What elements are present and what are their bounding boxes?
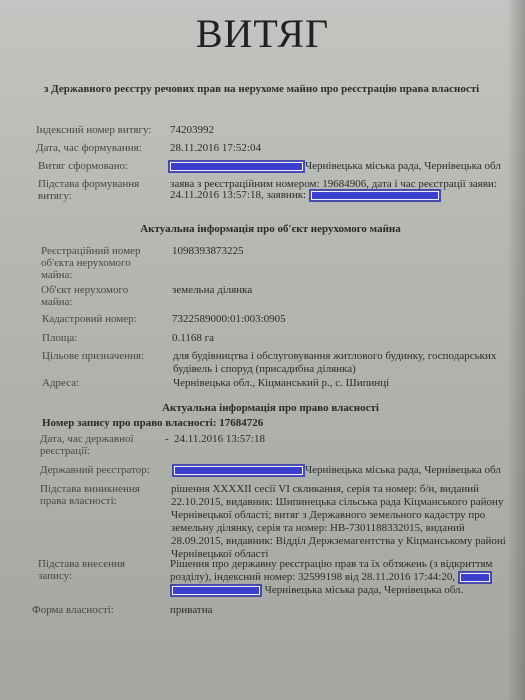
document-subtitle: з Державного реєстру речових прав на нер…	[44, 83, 479, 95]
purpose-value: для будівництва і обслуговування житлово…	[173, 350, 518, 376]
purpose-label: Цільове призначення:	[42, 350, 144, 362]
index-label: Індексний номер витягу:	[36, 124, 151, 136]
formed-value-suffix: Чернівецька міська рада, Чернівецька обл	[305, 160, 501, 172]
basis-ownership-value: рішення XXXXII сесії VI скликання, серія…	[171, 483, 506, 561]
object-label: Об'єкт нерухомого майна:	[41, 284, 136, 308]
index-value: 74203992	[170, 124, 214, 136]
reg-number-label: Реєстраційний номер об'єкта нерухомого м…	[41, 245, 146, 281]
date-value: 28.11.2016 17:52:04	[170, 142, 261, 154]
cadastral-label: Кадастровий номер:	[42, 313, 137, 325]
entry-basis-label: Підстава внесення запису:	[38, 558, 138, 582]
ownership-form-value: приватна	[170, 604, 213, 616]
registrar-value: Чернівецька міська рада, Чернівецька обл	[172, 464, 501, 477]
cadastral-value: 7322589000:01:003:0905	[172, 313, 286, 325]
redaction-box	[168, 160, 305, 173]
document-page: ВИТЯГ з Державного реєстру речових прав …	[0, 0, 525, 700]
object-section-heading: Актуальна інформація про об'єкт нерухомо…	[8, 223, 525, 235]
entry-basis-line2: розділу), індексний номер: 32599198 від …	[170, 571, 492, 584]
reg-date-value: 24.11.2016 13:57:18	[174, 433, 265, 445]
ownership-section-heading: Актуальна інформація про право власності	[8, 402, 525, 414]
reg-date-dash: -	[165, 433, 169, 445]
redaction-box	[172, 464, 305, 477]
record-number: Номер запису про право власності: 176847…	[42, 417, 263, 429]
ownership-form-label: Форма власності:	[32, 604, 114, 616]
redaction-box	[458, 571, 492, 584]
object-value: земельна ділянка	[172, 284, 252, 296]
formed-label: Витяг сформовано:	[38, 160, 128, 172]
document-title: ВИТЯГ	[0, 10, 525, 57]
entry-basis-line2-text: розділу), індексний номер: 32599198 від …	[170, 571, 455, 583]
basis-value-line2: 24.11.2016 13:57:18, заявник:	[170, 189, 441, 202]
reg-date-label: Дата, час державної реєстрації:	[40, 433, 140, 457]
basis-label: Підстава формування витягу:	[38, 178, 158, 202]
entry-basis-line3-suffix: Чернівецька міська рада, Чернівецька обл…	[265, 584, 464, 596]
address-label: Адреса:	[42, 377, 79, 389]
registrar-label: Державний реєстратор:	[40, 464, 150, 476]
area-value: 0.1168 га	[172, 332, 214, 344]
entry-basis-line3: Чернівецька міська рада, Чернівецька обл…	[170, 584, 463, 597]
basis-ownership-label: Підстава виникнення права власності:	[40, 483, 150, 507]
redaction-box	[309, 189, 441, 202]
entry-basis-line1: Рішення про державну реєстрацію прав та …	[170, 558, 493, 570]
address-value: Чернівецька обл., Кіцманський р., с. Шип…	[173, 377, 389, 389]
redaction-box	[170, 584, 262, 597]
reg-number-value: 1098393873225	[172, 245, 244, 257]
basis-value-line2-text: 24.11.2016 13:57:18, заявник:	[170, 189, 306, 201]
formed-value: Чернівецька міська рада, Чернівецька обл	[168, 160, 501, 173]
area-label: Площа:	[42, 332, 77, 344]
date-label: Дата, час формування:	[36, 142, 142, 154]
registrar-value-suffix: Чернівецька міська рада, Чернівецька обл	[305, 464, 501, 476]
